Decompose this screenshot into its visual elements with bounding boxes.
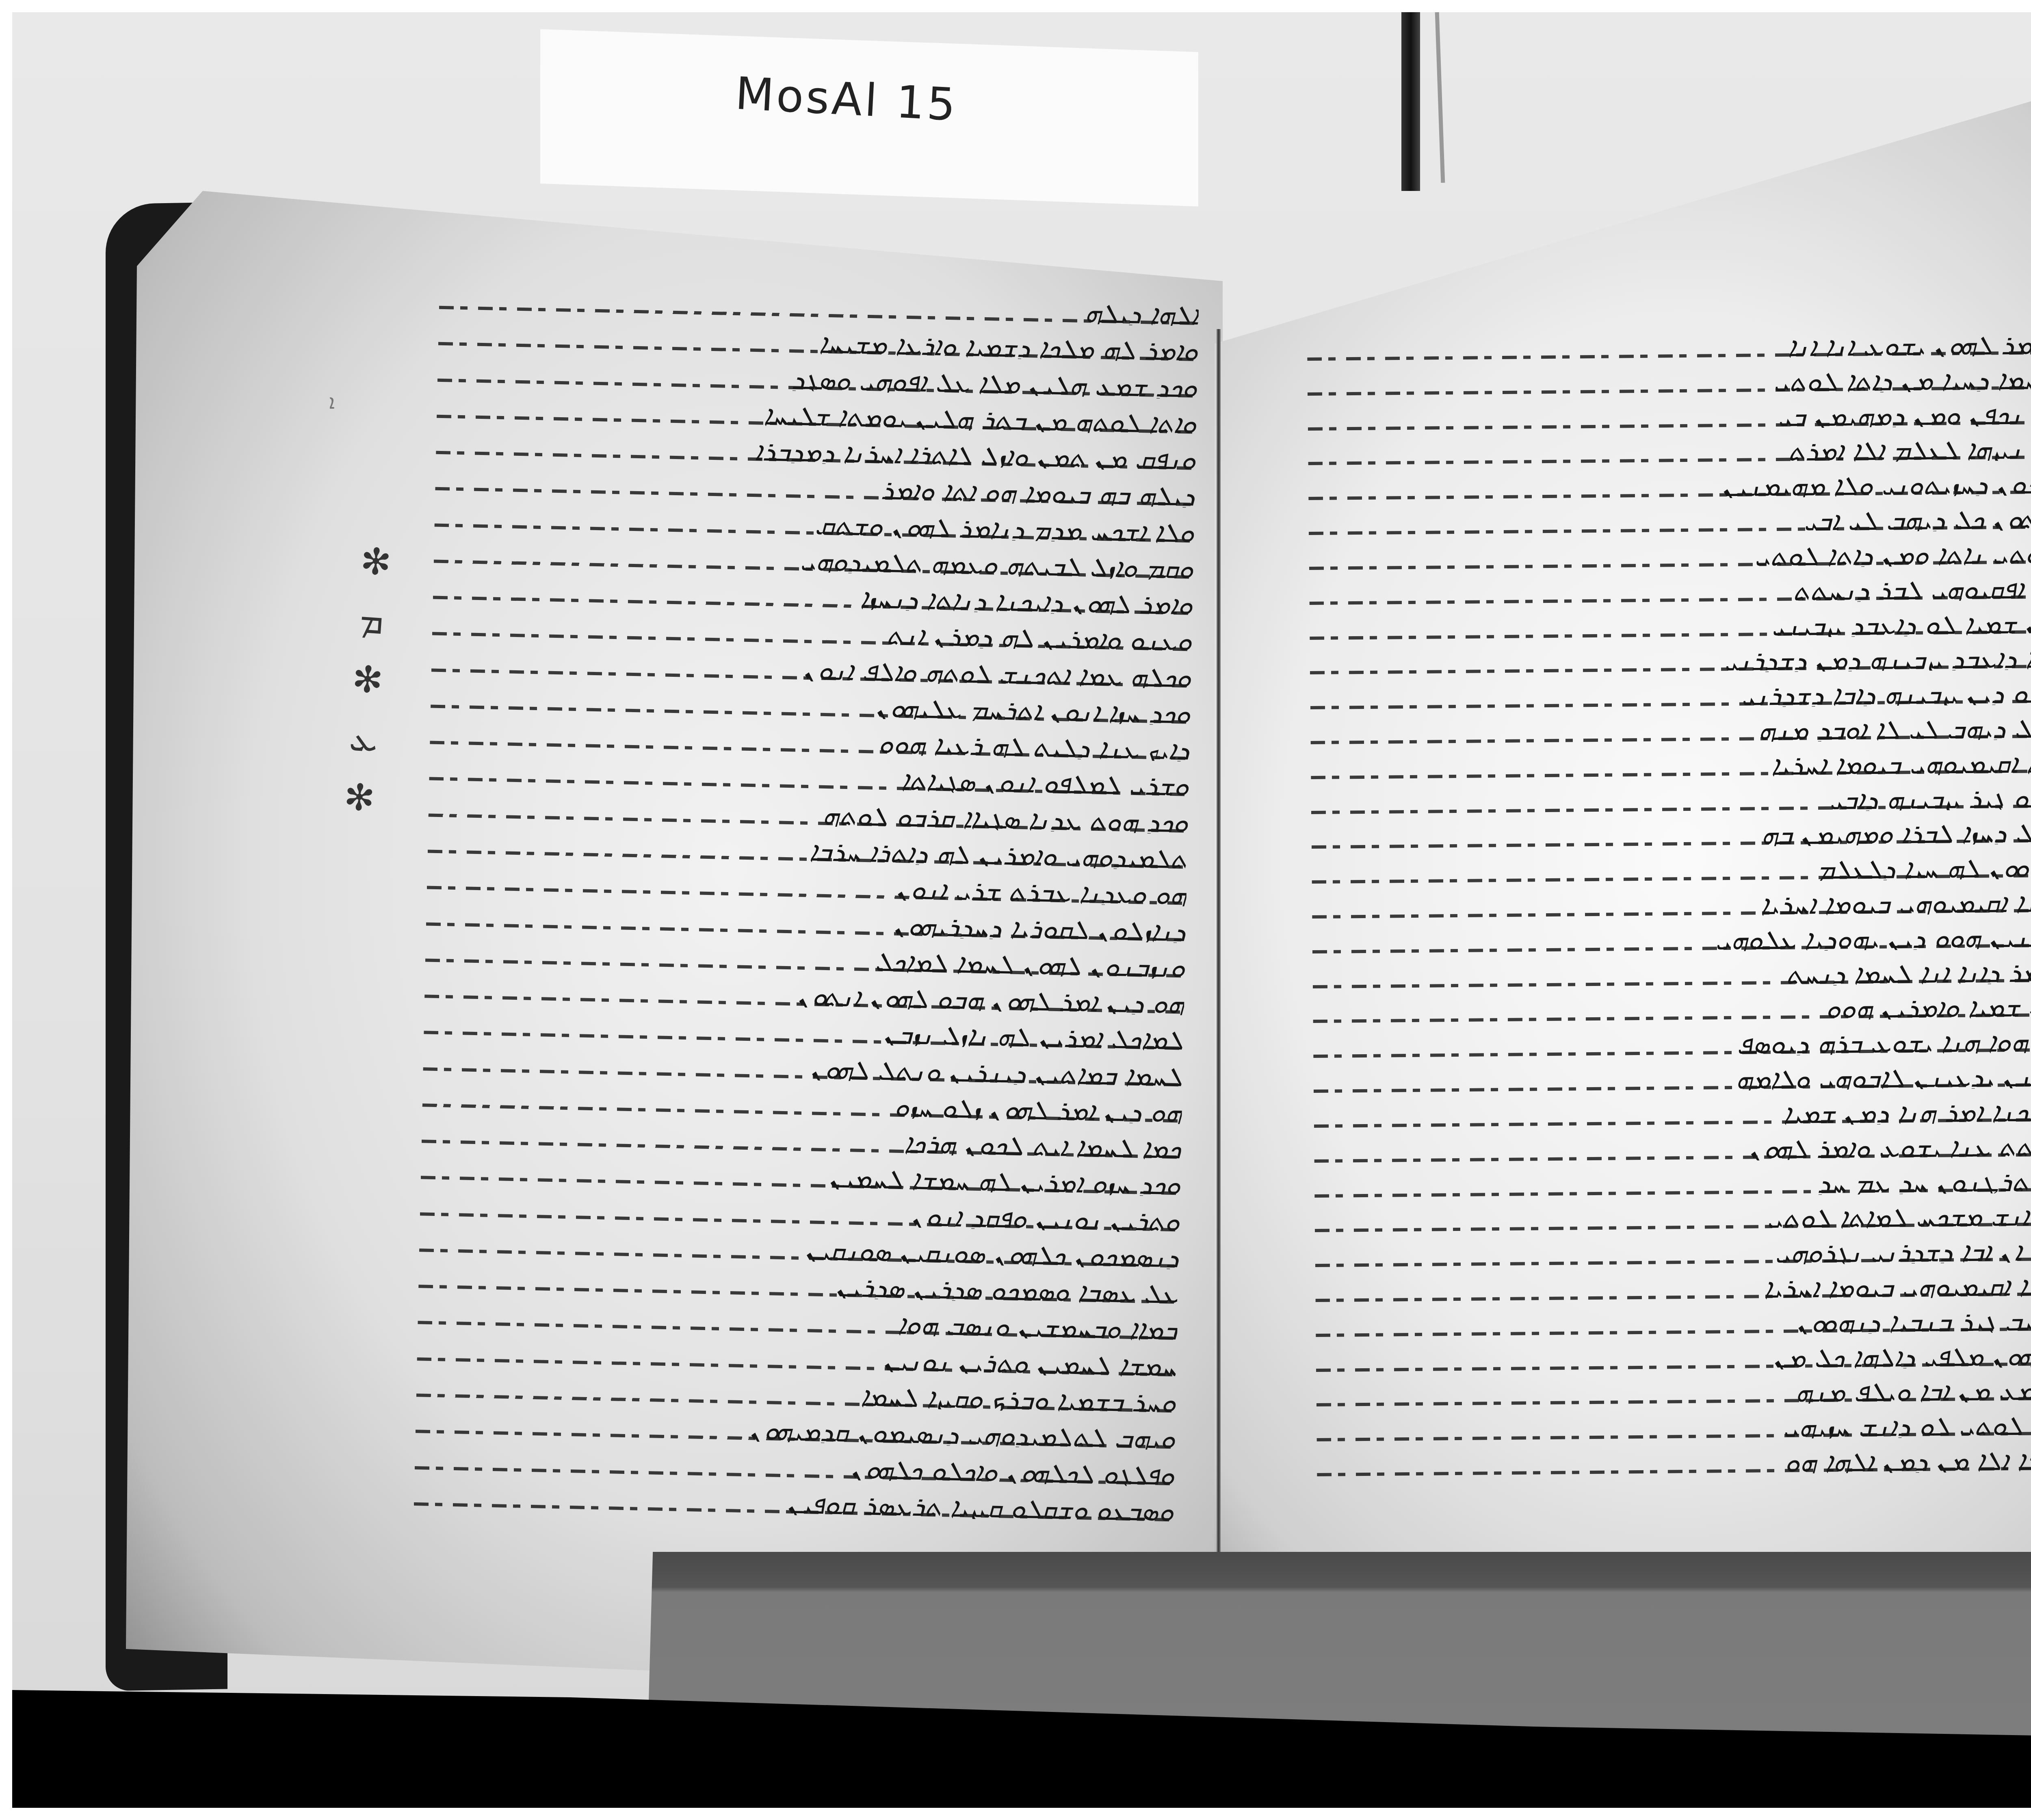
manuscript-text-line: ܘܚܪ ܒܫܡܝܐ ܘܒܪܟ ܘܩܨܐ ܠܚܡܐ	[416, 1376, 1176, 1414]
manuscript-text-line: ܘܟܠܗ ܥܡܐ ܐܬܟܢܫ ܠܘܬܗ ܘܐܠܦ ܐܢܘܢ	[431, 651, 1191, 689]
manuscript-text-line: ܐܠܐ ܐܩܝܡܝܘܗܝ ܒܝܘܡܐ ܐܚܪܝܐ	[1311, 752, 2031, 781]
stand-wire	[1435, 12, 1445, 183]
manuscript-text-line: ܐܢܬܘܢ ܟܠ ܕܝܗܒ ܠܝ ܐܒܝ	[1309, 508, 2031, 537]
manuscript-photo: MosAl 15 ܐ ܗ ✻ ܡ ✻ ܥ ✻ ܐܠܗܐ ܕܝܠܗܘܐܡܪ ܠܗ …	[12, 12, 2031, 1808]
manuscript-text-line: ܕܐܡܪ ܕܐܢܐ ܐܢܐ ܠܚܡܐ ܕܢܚܬ	[1312, 962, 2031, 990]
manuscript-text-line: ܘܟܕ ܫܡܥ ܗܠܝܢ ܡܠܐ ܥܠ ܐܦܘܗܝ ܘܣܓܕ	[437, 361, 1197, 399]
manuscript-text-line: ܕܟܠ ܕܚܙܐ ܠܒܪܐ ܘܡܗܝܡܢ ܒܗ	[1311, 822, 2031, 850]
manuscript-text-line: ܟܬܝܒ ܓܝܪ ܒܢܒܝܐ ܕܢܗܘܘܢ	[1316, 1310, 2031, 1339]
manuscript-text-line: ܐܠܐ ܐܢ ܐܒܐ ܕܫܕܪܢܝ ܢܓܪܘܗܝ	[1315, 1240, 2031, 1269]
manuscript-text-line: ܠܐ ܐܢܫ ܡܫܟܚ ܠܡܐܬܐ ܠܘܬܝ	[1315, 1205, 2031, 1234]
manuscript-text-line: ܠܐ ܢܨܗܐ ܠܥܠܡ ܐܠܐ ܐܡܪܬ	[1308, 438, 2031, 467]
manuscript-text-line: ܕܢܐܙܠܘܢ ܠܩܘܪܝܐ ܕܚܕܪܝܗܘܢ	[426, 905, 1186, 943]
manuscript-text-line: ܗܘ ܕܝܢ ܐܡܪ ܠܗܘܢ ܙܠܘ ܚܙܘ	[422, 1086, 1182, 1124]
manuscript-text-line: ܡܢ ܫܡܝܐ ܠܘ ܕܐܥܒܕ ܨܒܝܢܝ	[1310, 613, 2031, 641]
manuscript-text-line: ܢܗܘܘܢ ܠܗ ܚܝܐ ܕܠܥܠܡ	[1312, 857, 2031, 885]
manuscript-text-line: ܘܦܠܓܘ ܠܟܠܗܘܢ ܘܐܟܠܘ ܟܠܗܘܢ	[415, 1449, 1175, 1487]
star-ornament-icon: ✻	[359, 539, 393, 584]
manuscript-text-line: ܗܢܘ ܓܝܪ ܨܒܝܢܗ ܕܐܒܝ	[1311, 787, 2031, 816]
manuscript-text-line: ܘܟܕ ܚܙܐ ܐܢܘܢ ܐܬܪܚܡ ܥܠܝܗܘܢ	[431, 687, 1191, 725]
manuscript-text-line: ܘܐܝܟܢܐ ܐܡܪ ܗܢܐ ܕܡܢ ܫܡܝܐ	[1314, 1101, 2031, 1129]
manuscript-text-line: ܥܠ ܥܣܒܐ ܘܣܡܟܘ ܣܕܪܝܢ ܣܕܪܝܢ	[418, 1267, 1178, 1305]
manuscript-text-line: ܠܘܬܝ ܢܐܬܐ ܘܡܢ ܕܐܬܐ ܠܘܬܝ	[1309, 543, 2031, 572]
manuscript-text-line: ܘܫܪܝ ܠܡܠܦܘ ܐܢܘܢ ܣܓܝܐܬܐ	[429, 760, 1189, 798]
star-ornament-icon: ✻	[351, 657, 385, 702]
manuscript-text-line: ܠܐ ܐܦܩܝܘܗܝ ܠܒܪ ܕܢܚܬܬ	[1309, 578, 2031, 607]
manuscript-text-line: ܘܟܕ ܗܘܬ ܥܕܢܐ ܣܓܝܐܐ ܩܪܒܘ ܠܘܬܗ	[428, 796, 1188, 834]
manuscript-text-line: ܪܛܢܝܢ ܗܘܘ ܕܝܢ ܝܗܘܕܝܐ ܥܠܘܗܝ	[1312, 927, 2031, 955]
manuscript-text-line: ܘܝܗܒ ܠܬܠܡܝܕܘܗܝ ܕܢܣܝܡܘܢ ܩܕܡܝܗܘܢ	[416, 1413, 1176, 1450]
book-gutter	[1217, 329, 1221, 1629]
manuscript-text-line: ܠܐ ܢܟܦܢ ܘܡܢ ܕܡܗܝܡܢ ܒܝ	[1308, 404, 2031, 432]
manuscript-text-line: ܕܢܣܡܟܘܢ ܟܠܗܘܢ ܣܘܢܩܝܢ ܣܘܢܩܝܢ	[419, 1231, 1179, 1269]
manuscript-text-line: ܠܡܐܟܠ ܐܡܪܝܢ ܠܗ ܢܐܙܠ ܢܙܒܢ	[424, 1014, 1184, 1052]
manuscript-text-line: ܘܐܡܪ ܠܗ ܡܠܟܐ ܕܫܡܝܐ ܘܐܪܥܐ ܡܫܝܚܐ	[438, 325, 1198, 363]
manuscript-text-line: ܘܐܬܐ ܠܘܬܗ ܡܢ ܒܬܪ ܗܠܝܢ ܝܘܡܬܐ ܫܠܝܚܐ	[437, 397, 1197, 435]
manuscript-text-line: ܢܚܬܬ ܥܢܐ ܝܫܘܥ ܘܐܡܪ ܠܗܘܢ	[1314, 1136, 2031, 1164]
manuscript-text-line: ܘܐܢܐ ܐܩܝܡܝܘܗܝ ܒܝܘܡܐ ܐܚܪܝܐ	[1312, 892, 2031, 920]
manuscript-text-line: ܗܘ ܘܥܕܢܐ ܥܒܪܬ ܫܪܝ ܐܢܘܢ	[427, 869, 1187, 907]
manuscript-text-line: ܕܟܠ ܕܝܗܒ ܠܝ ܠܐ ܐܘܒܕ ܡܢܗ	[1310, 717, 2031, 746]
star-ornament-icon: ✻	[342, 776, 376, 820]
manuscript-text-line: ܠܚܡܐ ܒܡܐܬܝܢ ܕܝܢܪܝܢ ܘܢܬܠ ܠܗܘܢ	[423, 1050, 1183, 1088]
manuscript-text-line: ܘܟܕ ܚܙܘ ܐܡܪܝܢ ܠܗ ܚܡܫܐ ܠܚܡܝܢ	[421, 1159, 1181, 1197]
manuscript-text-line: ܬܠܡܝܕܘܗܝ ܘܐܡܪܝܢ ܠܗ ܕܐܬܪܐ ܚܪܒܐ	[427, 832, 1187, 870]
manuscript-text-line: ܟܡܐ ܠܚܡܐ ܐܝܬ ܠܟܘܢ ܗܪܟܐ	[421, 1122, 1181, 1160]
left-page-text-block: ܐܠܗܐ ܕܝܠܗܘܐܡܪ ܠܗ ܡܠܟܐ ܕܫܡܝܐ ܘܐܪܥܐ ܡܫܝܚܐܘ…	[414, 289, 1199, 1523]
manuscript-text-line: ܕܝܠܗ ܒܗ ܒܝܘܡܐ ܗܘ ܐܬܐ ܘܐܡܪ	[435, 470, 1195, 508]
manuscript-text-line: ܘܩܡ ܘܐܙܠ ܠܒܝܬܗ ܘܥܡܗ ܬܠܡܝܕܘܗܝ	[433, 542, 1193, 580]
manuscript-text-line: ܠܐ ܗܘܐ ܗܢܐ ܝܫܘܥ ܒܪܗ ܕܝܘܣܦ	[1313, 1031, 2031, 1059]
manuscript-text-line: ܘܢܙܒܢܘܢ ܠܗܘܢ ܠܚܡܐ ܠܡܐܟܠ	[425, 941, 1185, 979]
manuscript-text-line: ܕܫܡܥ ܡܢ ܐܒܐ ܘܝܠܦ ܡܢܗ	[1316, 1380, 2031, 1408]
manuscript-text-line: ܘܐܡܪ ܠܗܘܢ ܕܐܝܟܢܐ ܕܢܐܬܐ ܕܢܚܙܐ	[433, 579, 1193, 617]
manuscript-text-line: ܘܐܢܐ ܐܩܝܡܝܘܗܝ ܒܝܘܡܐ ܐܚܪܝܐ	[1315, 1275, 2031, 1304]
manuscript-text-line: ܕܚܢܢ ܝܕܥܝܢܢ ܠܐܒܘܗܝ ܘܠܐܡܗ	[1314, 1066, 2031, 1094]
manuscript-text-line: ܠܐ ܬܪܛܢܘܢ ܚܕ ܥܡ ܚܕ	[1314, 1170, 2031, 1199]
manuscript-text-line: ܘܬܪܝܢ ܢܘܢܝܢ ܘܦܩܕ ܐܢܘܢ	[420, 1195, 1180, 1233]
manuscript-text-line: ܠܟܘܢ ܕܚܙܝܬܘܢܝ ܘܠܐ ܡܗܝܡܢܝܢ	[1308, 473, 2031, 502]
manuscript-text-line: ܟܠܗܘܢ ܡܠܦܝ ܕܐܠܗܐ ܟܠ ܡܢ	[1316, 1345, 2031, 1373]
manuscript-text-line: ܕܐܝܟ ܥܢܐ ܕܠܝܬ ܠܗ ܪܥܝܐ ܗܘܘ	[430, 724, 1190, 762]
margin-letter: ܥ	[348, 716, 379, 761]
stand-rod-left	[1401, 12, 1420, 191]
left-page-corner-mark: ܐ	[329, 390, 335, 414]
manuscript-text-line: ܐܬܐ ܠܘܬܝ ܠܘ ܕܐܢܫ ܚܙܝܗܝ	[1316, 1415, 2031, 1443]
manuscript-text-line: ܠܚܡܐ ܕܚܝܐ ܡܢ ܕܐܬܐ ܠܘܬܝ	[1308, 369, 2031, 397]
manuscript-text-line: ܐܠܐ ܕܐܥܒܕ ܨܒܝܢܗ ܕܡܢ ܕܫܕܪܢܝ	[1310, 648, 2031, 676]
manuscript-text-line: ܒܡܐܐ ܘܒܚܡܫܝܢ ܘܢܣܒ ܗܘܐ	[418, 1304, 1178, 1342]
manuscript-text-line: ܗܢܘ ܕܝܢ ܨܒܝܢܗ ܕܐܒܐ ܕܫܕܪܢܝ	[1310, 682, 2031, 711]
manuscript-text-line: ܡܢ ܫܡܝܐ ܘܐܡܪܝܢ ܗܘܘ	[1313, 996, 2031, 1025]
manuscript-text-line: ܚܡܫܐ ܠܚܡܝܢ ܘܬܪܝܢ ܢܘܢܝܢ	[417, 1340, 1177, 1378]
manuscript-text-line: ܘܥܢܘ ܘܐܡܪܝܢ ܠܗ ܕܡܪܢ ܐܢܬ	[432, 615, 1192, 653]
right-page-text-block: ܘܐܡܪ ܠܗܘܢ ܝܫܘܥ ܐܢܐ ܐܢܐܠܚܡܐ ܕܚܝܐ ܡܢ ܕܐܬܐ …	[1307, 334, 2031, 1478]
manuscript-text-line: ܗܘ ܕܝܢ ܐܡܪ ܠܗܘܢ ܗܒܘ ܠܗܘܢ ܐܢܬܘܢ	[424, 977, 1184, 1015]
manuscript-text-line: ܘܠܐ ܐܫܟܚ ܡܕܡ ܕܢܐܡܪ ܠܗܘܢ ܘܫܬܩ	[434, 506, 1194, 544]
margin-letter: ܡ	[358, 598, 385, 643]
manuscript-text-line: ܘܢܦܩ ܡܢ ܬܡܢ ܘܐܙܠ ܠܐܬܪܐ ܐܚܪܢܐ ܕܡܕܒܪܐ	[436, 434, 1196, 472]
